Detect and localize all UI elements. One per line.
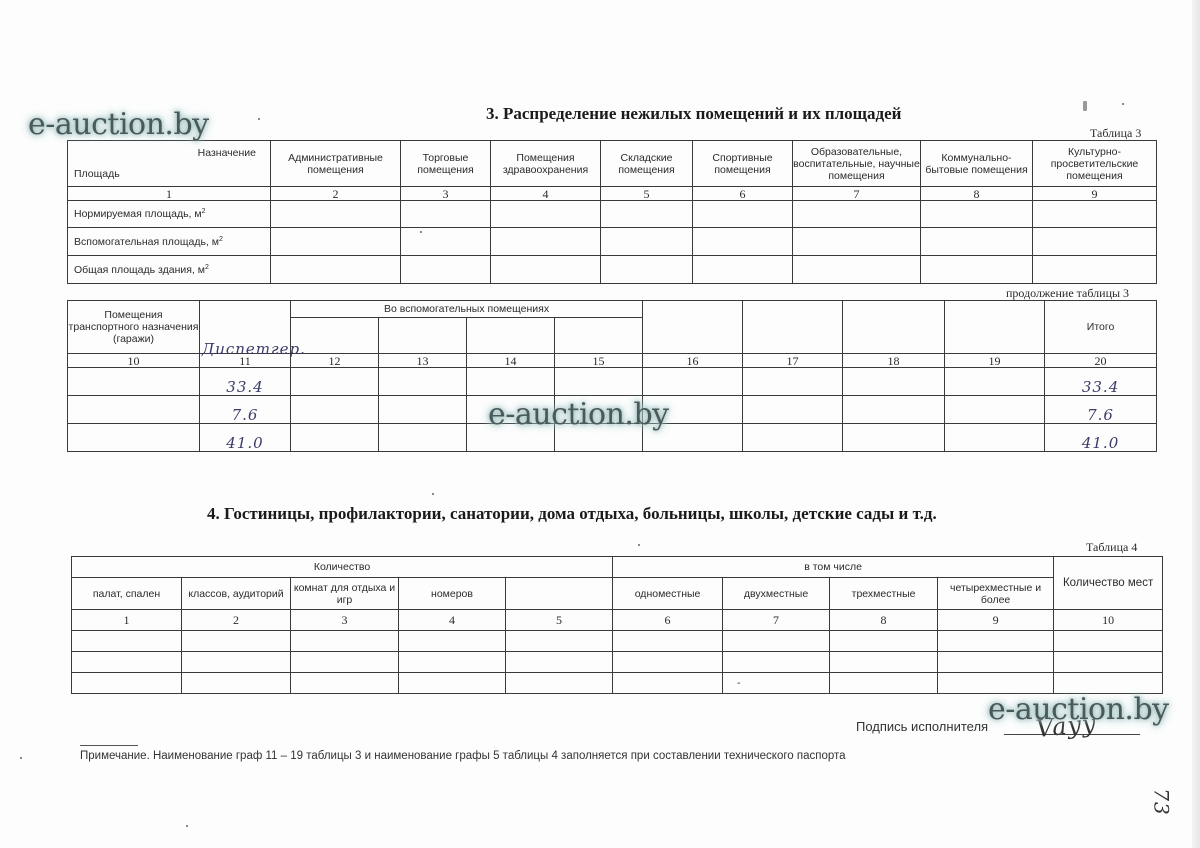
col-number: 15	[555, 354, 643, 368]
page-edge	[1192, 0, 1200, 848]
table3-label: Таблица 3	[1090, 126, 1141, 141]
quantity-group-header: Количество	[72, 557, 613, 578]
table-cell	[291, 424, 379, 452]
table-row: -	[72, 673, 1163, 694]
table-cell	[1033, 228, 1157, 256]
table-cell	[291, 673, 399, 694]
table-cell	[182, 652, 291, 673]
places-header: Количество мест	[1054, 557, 1163, 610]
row-label: Нормируемая площадь, м2	[68, 201, 271, 228]
col15-header	[555, 318, 643, 354]
scan-speck	[258, 118, 260, 120]
including-group-header: в том числе	[613, 557, 1054, 578]
table-cell	[72, 673, 182, 694]
table4-label: Таблица 4	[1086, 540, 1137, 555]
watermark: e-auction.by	[988, 692, 1169, 727]
cont-header-row-1: Помещения транспортного назначения (гара…	[68, 301, 1157, 318]
watermark: e-auction.by	[488, 397, 669, 432]
col14-header	[467, 318, 555, 354]
col-number: 5	[506, 610, 613, 631]
table3-col-header: Спортивные помещения	[693, 141, 793, 187]
table4-col-header	[506, 578, 613, 610]
table-cell	[291, 631, 399, 652]
col17-header	[743, 301, 843, 354]
table4-group-row: Количество в том числе Количество мест	[72, 557, 1163, 578]
table-cell	[72, 631, 182, 652]
table-cell	[506, 673, 613, 694]
table-cell	[793, 228, 921, 256]
table-cell	[613, 652, 723, 673]
scan-speck	[1122, 103, 1124, 105]
col18-header	[843, 301, 945, 354]
table-cell	[693, 256, 793, 284]
table-cell	[68, 368, 200, 396]
col-number: 4	[399, 610, 506, 631]
col-number: 3	[401, 187, 491, 201]
table-cell	[271, 256, 401, 284]
table3-corner-header: Назначение Площадь	[68, 141, 271, 187]
table-cell	[793, 256, 921, 284]
table3-col-header: Образовательные, воспитательные, научные…	[793, 141, 921, 187]
col-number: 2	[182, 610, 291, 631]
table-cell	[921, 228, 1033, 256]
table-row: 33.4 33.4	[68, 368, 1157, 396]
table-cell	[743, 424, 843, 452]
col-number: 9	[1033, 187, 1157, 201]
total-value: 33.4	[1045, 368, 1157, 396]
table-cell	[945, 368, 1045, 396]
table-cell	[401, 201, 491, 228]
table-cell	[271, 228, 401, 256]
col-number: 14	[467, 354, 555, 368]
table-cell	[643, 368, 743, 396]
col11-value: 7.6	[200, 396, 291, 424]
col11-value: 33.4	[200, 368, 291, 396]
total-value: 41.0	[1045, 424, 1157, 452]
table3-col-header: Торговые помещения	[401, 141, 491, 187]
table-cell	[693, 201, 793, 228]
scan-speck	[432, 493, 434, 495]
table-cell	[291, 368, 379, 396]
col16-header	[643, 301, 743, 354]
table-cell	[1054, 673, 1163, 694]
col10-header: Помещения транспортного назначения (гара…	[68, 301, 200, 354]
footnote-rule	[80, 745, 138, 746]
col-number: 1	[68, 187, 271, 201]
table-cell	[601, 228, 693, 256]
col-number: 8	[830, 610, 938, 631]
table-cell	[72, 652, 182, 673]
total-header: Итого	[1045, 301, 1157, 354]
table-cell	[743, 368, 843, 396]
table-cell	[491, 256, 601, 284]
table-row	[72, 652, 1163, 673]
table-cell	[938, 631, 1054, 652]
table-cell	[938, 652, 1054, 673]
table3-header-row: Назначение Площадь Административные поме…	[68, 141, 1157, 187]
table-cell	[1054, 652, 1163, 673]
table4-col-header: трехместные	[830, 578, 938, 610]
table-cell	[830, 652, 938, 673]
table-cell	[830, 631, 938, 652]
table-cell	[723, 652, 830, 673]
corner-top-label: Назначение	[198, 147, 256, 159]
col-number: 6	[693, 187, 793, 201]
col-number: 13	[379, 354, 467, 368]
table3-col-header: Складские помещения	[601, 141, 693, 187]
col-number: 6	[613, 610, 723, 631]
table-cell	[843, 424, 945, 452]
table-cell	[401, 228, 491, 256]
table-cell	[843, 368, 945, 396]
col-number: 7	[793, 187, 921, 201]
table-cell	[68, 424, 200, 452]
col-number: 16	[643, 354, 743, 368]
table-row: Вспомогательная площадь, м2	[68, 228, 1157, 256]
table-cell	[399, 652, 506, 673]
col-number: 17	[743, 354, 843, 368]
table-4: Количество в том числе Количество мест п…	[71, 556, 1163, 694]
corner-bottom-label: Площадь	[74, 168, 120, 180]
scan-speck	[20, 757, 22, 759]
table-cell	[291, 652, 399, 673]
col-number: 20	[1045, 354, 1157, 368]
table-cell	[601, 201, 693, 228]
table-cell	[1054, 631, 1163, 652]
col11-handwritten-label: Диспетгер.	[202, 343, 306, 355]
table-row	[72, 631, 1163, 652]
watermark: e-auction.by	[28, 107, 209, 142]
table-cell	[613, 631, 723, 652]
col-number: 10	[68, 354, 200, 368]
table-cell	[743, 396, 843, 424]
col-number: 7	[723, 610, 830, 631]
table-cell	[555, 368, 643, 396]
col11-value: 41.0	[200, 424, 291, 452]
table-cell: -	[723, 673, 830, 694]
table-row: Общая площадь здания, м2	[68, 256, 1157, 284]
table4-col-header: четырехместные и более	[938, 578, 1054, 610]
table4-col-header: классов, аудиторий	[182, 578, 291, 610]
table-cell	[843, 396, 945, 424]
table4-col-header: палат, спален	[72, 578, 182, 610]
col-number: 2	[271, 187, 401, 201]
table-cell	[1033, 256, 1157, 284]
table-cell	[182, 631, 291, 652]
table-cell	[379, 396, 467, 424]
scan-speck	[420, 231, 422, 233]
table-3: Назначение Площадь Административные поме…	[67, 140, 1157, 284]
col13-header	[379, 318, 467, 354]
table-cell	[921, 201, 1033, 228]
table-cell	[379, 368, 467, 396]
col-number: 9	[938, 610, 1054, 631]
aux-group-header: Во вспомогательных помещениях	[291, 301, 643, 318]
scan-speck	[1083, 101, 1087, 111]
table-cell	[291, 396, 379, 424]
table-cell	[793, 201, 921, 228]
table4-col-header: номеров	[399, 578, 506, 610]
row-label: Общая площадь здания, м2	[68, 256, 271, 284]
table-cell	[601, 256, 693, 284]
table3-col-header: Культурно-просветительские помещения	[1033, 141, 1157, 187]
table-cell	[723, 631, 830, 652]
table-cell	[491, 228, 601, 256]
col-number: 8	[921, 187, 1033, 201]
table-cell	[467, 368, 555, 396]
col-number: 19	[945, 354, 1045, 368]
footnote: Примечание. Наименование граф 11 – 19 та…	[80, 750, 846, 762]
table-cell	[271, 201, 401, 228]
total-value: 7.6	[1045, 396, 1157, 424]
table4-number-row: 1 2 3 4 5 6 7 8 9 10	[72, 610, 1163, 631]
table-cell	[399, 673, 506, 694]
table4-col-header: одноместные	[613, 578, 723, 610]
table-cell	[945, 396, 1045, 424]
table-cell	[182, 673, 291, 694]
col11-header: Диспетгер.	[200, 301, 291, 354]
table-cell	[401, 256, 491, 284]
table-cell	[693, 228, 793, 256]
row-label: Вспомогательная площадь, м2	[68, 228, 271, 256]
col-number: 4	[491, 187, 601, 201]
table-cell	[379, 424, 467, 452]
col-number: 10	[1054, 610, 1163, 631]
table-cell	[938, 673, 1054, 694]
table-cell	[830, 673, 938, 694]
table3-number-row: 1 2 3 4 5 6 7 8 9	[68, 187, 1157, 201]
table3-col-header: Коммунально-бытовые помещения	[921, 141, 1033, 187]
section4-title: 4. Гостиницы, профилактории, санатории, …	[207, 504, 937, 524]
col-number: 3	[291, 610, 399, 631]
col-number: 18	[843, 354, 945, 368]
table-cell	[491, 201, 601, 228]
scan-speck	[186, 825, 188, 827]
table-cell	[945, 424, 1045, 452]
table3-col-header: Помещения здравоохранения	[491, 141, 601, 187]
table-row: Нормируемая площадь, м2	[68, 201, 1157, 228]
section3-title: 3. Распределение нежилых помещений и их …	[486, 104, 901, 124]
table3-continuation-label: продолжение таблицы 3	[1006, 286, 1129, 301]
table-cell	[399, 631, 506, 652]
table-cell	[1033, 201, 1157, 228]
table-cell	[506, 652, 613, 673]
scan-speck	[638, 544, 640, 546]
table4-col-header: комнат для отдыха и игр	[291, 578, 399, 610]
table3-col-header: Административные помещения	[271, 141, 401, 187]
table-cell	[68, 396, 200, 424]
signature-label: Подпись исполнителя	[856, 719, 988, 734]
table4-header-row: палат, спален классов, аудиторий комнат …	[72, 578, 1163, 610]
col-number: 5	[601, 187, 693, 201]
col19-header	[945, 301, 1045, 354]
table4-col-header: двухместные	[723, 578, 830, 610]
table-cell	[613, 673, 723, 694]
col-number: 1	[72, 610, 182, 631]
table-cell	[921, 256, 1033, 284]
page-number: 73	[1150, 788, 1174, 815]
table-cell	[506, 631, 613, 652]
